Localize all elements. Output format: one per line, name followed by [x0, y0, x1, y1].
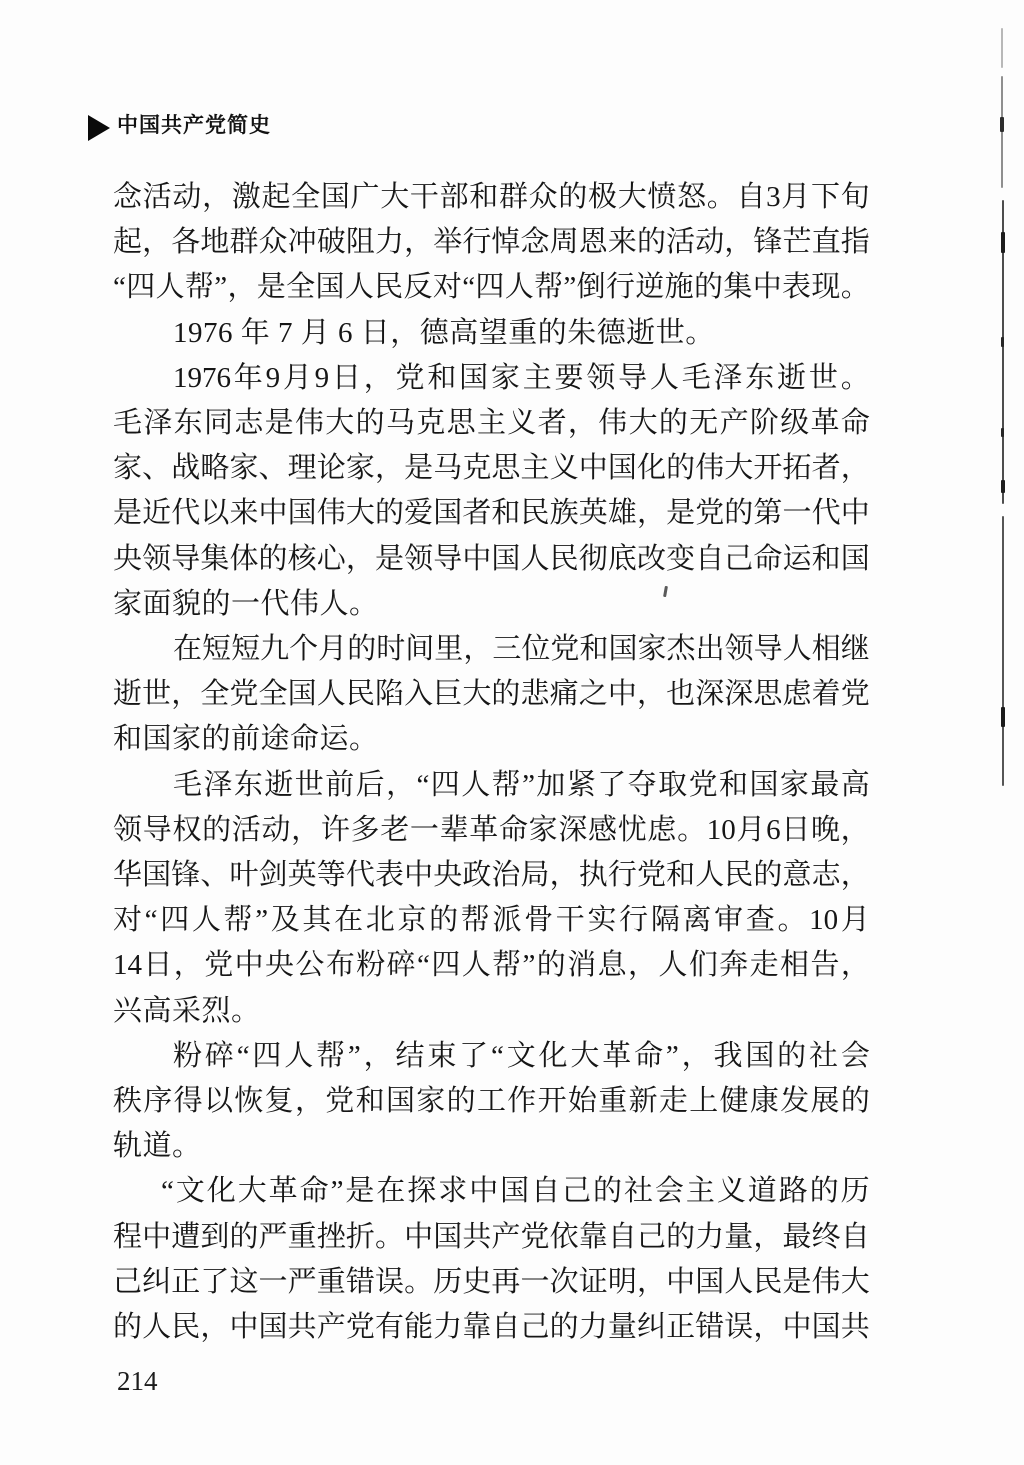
text-line: 领导权的活动，许多老一辈革命家深感忧虑。10月6日晚， [113, 807, 870, 853]
text-line: 14日，党中央公布粉碎“四人帮”的消息，人们奔走相告， [113, 942, 870, 988]
text-line: 和国家的前途命运。 [113, 716, 870, 762]
text-line: 程中遭到的严重挫折。中国共产党依靠自己的力量，最终自 [113, 1214, 870, 1260]
text-line: 的人民，中国共产党有能力靠自己的力量纠正错误，中国共 [113, 1304, 870, 1350]
text-line: 家面貌的一代伟人。 [113, 581, 870, 627]
text-line: 1976年9月9日，党和国家主要领导人毛泽东逝世。 [113, 355, 870, 401]
scan-artifact-line [1001, 428, 1004, 437]
text-line: 是近代以来中国伟大的爱国者和民族英雄，是党的第一代中 [113, 490, 870, 536]
text-line: 对“四人帮”及其在北京的帮派骨干实行隔离审查。10月 [113, 897, 870, 943]
text-line: 轨道。 [113, 1123, 870, 1169]
book-page: 中国共产党简史 念活动，激起全国广大干部和群众的极大愤怒。自3月下旬起，各地群众… [0, 0, 1024, 1465]
scan-artifact-line [1001, 232, 1005, 253]
text-line: 央领导集体的核心，是领导中国人民彻底改变自己命运和国 [113, 536, 870, 582]
text-line: 粉碎“四人帮”，结束了“文化大革命”，我国的社会 [113, 1033, 870, 1079]
text-line: 秩序得以恢复，党和国家的工作开始重新走上健康发展的 [113, 1078, 870, 1124]
text-line: 华国锋、叶剑英等代表中央政治局，执行党和人民的意志， [113, 852, 870, 898]
scan-artifact-line [1000, 117, 1004, 132]
text-line: 在短短九个月的时间里，三位党和国家杰出领导人相继 [113, 626, 870, 672]
body-text: 念活动，激起全国广大干部和群众的极大愤怒。自3月下旬起，各地群众冲破阻力，举行悼… [0, 0, 1024, 1465]
scan-artifact-line [1001, 337, 1004, 347]
scan-artifact-line [1001, 480, 1005, 493]
text-line: 毛泽东同志是伟大的马克思主义者，伟大的无产阶级革命 [113, 400, 870, 446]
text-line: “四人帮”，是全国人民反对“四人帮”倒行逆施的集中表现。 [113, 264, 870, 310]
scan-artifact-line [1002, 516, 1004, 786]
text-line: 己纠正了这一严重错误。历史再一次证明，中国人民是伟大 [113, 1259, 870, 1305]
text-line: 念活动，激起全国广大干部和群众的极大愤怒。自3月下旬 [113, 174, 870, 220]
text-line: 起，各地群众冲破阻力，举行悼念周恩来的活动，锋芒直指 [113, 219, 870, 265]
text-line: 1976 年 7 月 6 日，德高望重的朱德逝世。 [113, 310, 870, 356]
text-line: 毛泽东逝世前后，“四人帮”加紧了夺取党和国家最高 [113, 762, 870, 808]
scan-artifact-line [1001, 76, 1003, 188]
text-line: 兴高采烈。 [113, 988, 870, 1034]
scan-artifact-line [1001, 28, 1003, 68]
text-line: 家、战略家、理论家，是马克思主义中国化的伟大开拓者， [113, 445, 870, 491]
text-line: 逝世，全党全国人民陷入巨大的悲痛之中，也深深思虑着党 [113, 671, 870, 717]
text-line: “文化大革命”是在探求中国自己的社会主义道路的历 [113, 1168, 870, 1214]
page-number: 214 [117, 1363, 158, 1399]
scan-artifact-line [1001, 707, 1005, 727]
